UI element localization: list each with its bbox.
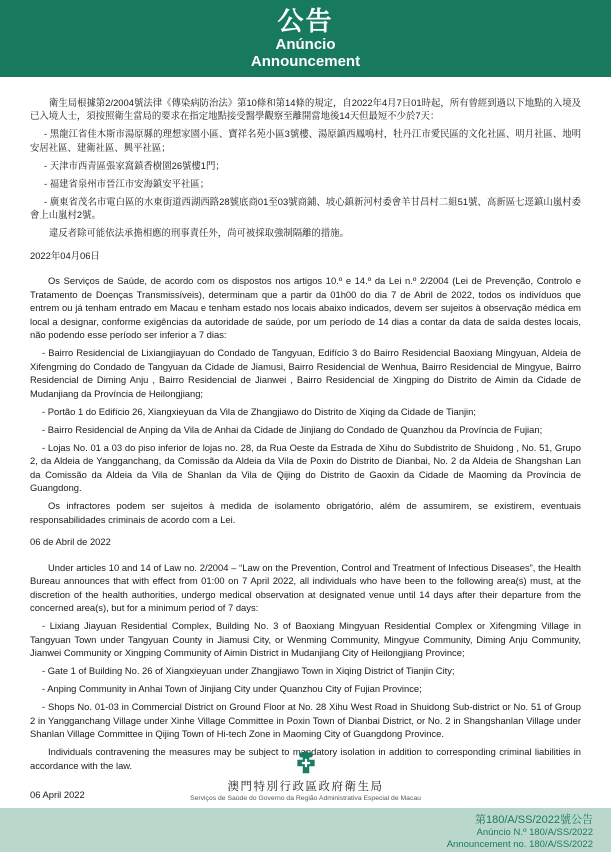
pt-intro-paragraph: Os Serviços de Saúde, de acordo com os d…	[30, 274, 581, 342]
chinese-section: 衛生局根據第2/2004號法律《傳染病防治法》第10條和第14條的規定，自202…	[30, 96, 581, 263]
zh-location-item-4: - 廣東省茂名市電白區的水東街道西湖西路28號底商01至03號商鋪、坡心鎮新河村…	[30, 195, 581, 222]
portuguese-section: Os Serviços de Saúde, de acordo com os d…	[30, 274, 581, 549]
title-zh: 公告	[0, 6, 611, 36]
en-location-item-4: - Shops No. 01-03 in Commercial District…	[30, 700, 581, 741]
document-body: 衛生局根據第2/2004號法律《傳染病防治法》第10條和第14條的規定，自202…	[0, 77, 611, 802]
header-banner: 公告 Anúncio Announcement	[0, 0, 611, 77]
zh-date: 2022年04月06日	[30, 249, 581, 263]
pt-date: 06 de Abril de 2022	[30, 535, 581, 549]
zh-location-item-3: - 福建省泉州市晉江市安海鎮安平社區；	[30, 177, 581, 191]
footer-logo-block: 澳門特別行政區政府衛生局 Serviços de Saúde do Govern…	[0, 750, 611, 808]
reference-number-en: Announcement no. 180/A/SS/2022	[0, 839, 593, 851]
en-intro-paragraph: Under articles 10 and 14 of Law no. 2/20…	[30, 561, 581, 615]
zh-location-item-1: - 黑龍江省佳木斯市湯原縣的理想家園小區、寶祥名苑小區3號樓、湯原鎮西鳳鳴村，牡…	[30, 127, 581, 154]
org-name-zh: 澳門特別行政區政府衛生局	[0, 781, 611, 794]
zh-intro-paragraph: 衛生局根據第2/2004號法律《傳染病防治法》第10條和第14條的規定，自202…	[30, 96, 581, 123]
pt-location-item-4: - Lojas No. 01 a 03 do piso inferior de …	[30, 441, 581, 495]
health-bureau-logo-icon	[293, 750, 319, 776]
en-location-item-1: - Lixiang Jiayuan Residential Complex, B…	[30, 619, 581, 660]
footer-reference-bar: 第180/A/SS/2022號公告 Anúncio N.º 180/A/SS/2…	[0, 808, 611, 852]
pt-location-item-2: - Portão 1 do Edifício 26, Xiangxieyuan …	[30, 405, 581, 419]
zh-penalty-paragraph: 違反者除可能依法承擔相應的刑事責任外，尚可被採取強制隔離的措施。	[30, 226, 581, 240]
reference-number-pt: Anúncio N.º 180/A/SS/2022	[0, 827, 593, 839]
title-pt: Anúncio	[0, 36, 611, 53]
pt-location-item-1: - Bairro Residencial de Lixiangjiayuan d…	[30, 346, 581, 400]
title-en: Announcement	[0, 53, 611, 70]
pt-penalty-paragraph: Os infractores podem ser sujeitos à medi…	[30, 499, 581, 526]
en-location-item-2: - Gate 1 of Building No. 26 of Xiangxiey…	[30, 664, 581, 678]
zh-location-item-2: - 天津市西青區張家窩鎮香樹園26號樓1門；	[30, 159, 581, 173]
org-name-pt: Serviços de Saúde do Governo da Região A…	[0, 794, 611, 803]
pt-location-item-3: - Bairro Residencial de Anping da Vila d…	[30, 423, 581, 437]
announcement-page: 公告 Anúncio Announcement 衛生局根據第2/2004號法律《…	[0, 0, 611, 852]
en-location-item-3: - Anping Community in Anhai Town of Jinj…	[30, 682, 581, 696]
reference-number-zh: 第180/A/SS/2022號公告	[0, 814, 593, 827]
